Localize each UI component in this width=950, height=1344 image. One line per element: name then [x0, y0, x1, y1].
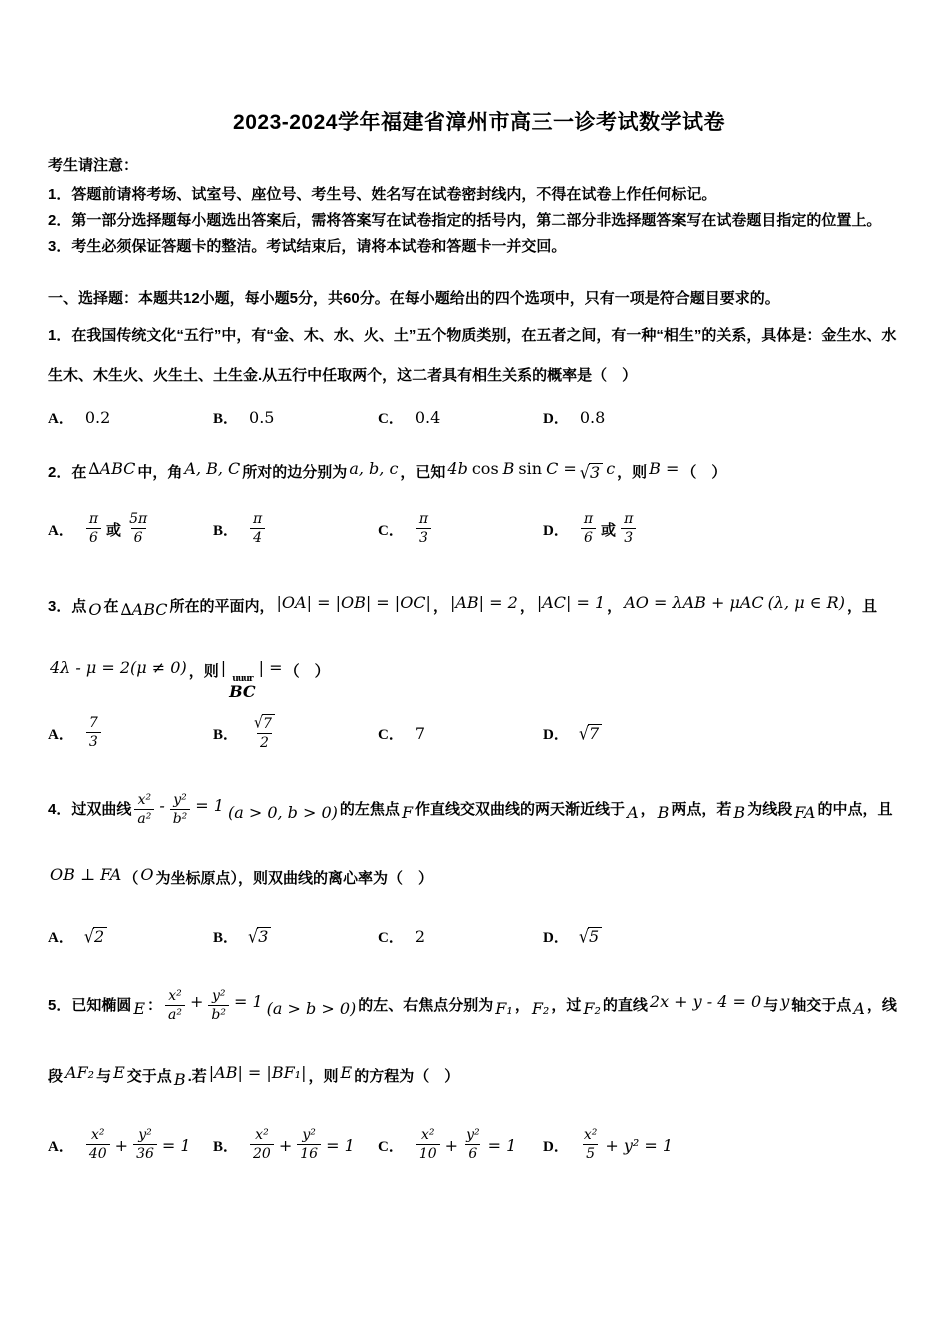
option-D: D．0.8 — [543, 407, 708, 428]
question-1: 1．在我国传统文化“五行”中，有“金、木、水、火、土”五个物质类别，在五者之间，… — [48, 316, 910, 436]
text-run: 的直线 — [603, 997, 648, 1014]
math-run: 0.5 — [247, 408, 276, 427]
radicand: 2 — [93, 927, 107, 946]
radicand: 7 — [588, 724, 602, 743]
option-C: C．π3 — [378, 511, 543, 547]
text-run: 1．在我国传统文化“五行”中，有“金、木、水、火、土”五个物质类别，在五者之间，… — [48, 327, 896, 384]
numerator: x² — [135, 792, 155, 809]
option-label: A． — [48, 407, 74, 428]
text-run: ，已知 — [400, 464, 445, 481]
numerator: y² — [299, 1127, 319, 1144]
math-run: 4 — [253, 530, 262, 547]
option-content: π6或5π6 — [83, 511, 153, 547]
denominator: 40 — [86, 1144, 110, 1163]
text-run: 所对的边分别为 — [242, 464, 347, 481]
option-A: A．x²40+y²36= 1 — [48, 1127, 213, 1163]
math-run: = 1 — [324, 1136, 357, 1155]
option-D: D．π6或π3 — [543, 511, 708, 547]
math-run: F₂ — [530, 999, 552, 1018]
math-run: π — [624, 511, 633, 528]
option-label: D． — [543, 723, 569, 744]
math-run: 5 — [586, 1146, 595, 1163]
text-run: 两点，若 — [671, 801, 731, 818]
fraction: π3 — [416, 511, 431, 547]
math-run: y² — [138, 1127, 152, 1144]
option-content: x²10+y²6= 1 — [413, 1127, 518, 1163]
denominator: a² — [165, 1005, 185, 1024]
math-run: π — [253, 511, 262, 528]
radical-sign: √ — [579, 722, 589, 743]
option-content: √3 — [247, 927, 272, 946]
math-run: A, B, C — [182, 459, 242, 478]
math-run: 7 — [589, 724, 599, 743]
numerator: π — [621, 511, 636, 528]
math-run: 6 — [584, 530, 593, 547]
notice-item-1: 1．答题前请将考场、试室号、座位号、考生号、姓名写在试卷密封线内，不得在试卷上作… — [48, 182, 910, 207]
fraction: π4 — [250, 511, 265, 547]
text-run: ，则 — [189, 663, 219, 680]
question-stem: 5．已知椭圆E：x²a²+y²b²= 1(a > b > 0)的左、右焦点分别为… — [48, 970, 910, 1112]
math-run: F — [400, 803, 415, 822]
math-run: | — [219, 658, 228, 677]
math-run: 4λ - μ = 2(μ ≠ 0) — [48, 658, 189, 677]
option-label: A． — [48, 519, 74, 540]
math-run: x² — [421, 1127, 435, 1144]
question-4: 4．过双曲线x²a²-y²b²= 1(a > 0, b > 0)的左焦点F作直线… — [48, 775, 910, 960]
text-run: ， — [520, 598, 535, 615]
math-run: x² — [138, 792, 152, 809]
math-run: 0.8 — [578, 408, 607, 427]
fraction: π6 — [86, 511, 101, 547]
math-run: 6 — [134, 530, 143, 547]
math-run: A — [625, 803, 641, 822]
notice-item-3: 3．考生必须保证答题卡的整洁。考试结束后，请将本试卷和答题卡一并交回。 — [48, 234, 910, 259]
math-run: A — [851, 999, 867, 1018]
math-run: π — [419, 511, 428, 528]
math-run: cos — [470, 459, 501, 478]
text-run: ， — [515, 997, 530, 1014]
math-run: π — [584, 511, 593, 528]
radical-sign: √ — [248, 925, 258, 946]
numerator: x² — [165, 988, 185, 1005]
text-run: （ ） — [681, 464, 726, 481]
text-run: 的方程为（ ） — [354, 1068, 459, 1085]
denominator: 16 — [297, 1144, 321, 1163]
fraction: x²20 — [250, 1127, 274, 1163]
text-run: ， — [433, 598, 448, 615]
text-run: 或 — [601, 519, 616, 540]
question-5: 5．已知椭圆E：x²a²+y²b²= 1(a > b > 0)的左、右焦点分别为… — [48, 970, 910, 1176]
math-run: 40 — [89, 1146, 107, 1163]
math-run: y² — [302, 1127, 316, 1144]
radicand: 5 — [588, 927, 602, 946]
numerator: y² — [170, 792, 190, 809]
math-run: 2x + y - 4 = 0 — [648, 992, 763, 1011]
page-title: 2023-2024学年福建省漳州市高三一诊考试数学试卷 — [48, 106, 910, 136]
option-content: 0.5 — [247, 408, 276, 427]
square-root: √7 — [254, 714, 275, 733]
option-label: A． — [48, 926, 74, 947]
math-run: B — [731, 803, 747, 822]
text-run: 4．过双曲线 — [48, 801, 131, 818]
denominator: 5 — [583, 1144, 598, 1163]
math-run: 20 — [253, 1146, 271, 1163]
text-run: 或 — [106, 519, 121, 540]
math-run: x² — [91, 1127, 105, 1144]
math-run: 7 — [413, 724, 427, 743]
text-run: 2．在 — [48, 464, 86, 481]
fraction: 73 — [86, 715, 101, 751]
radicand: 3 — [589, 463, 603, 482]
denominator: 20 — [250, 1144, 274, 1163]
option-content: √2 — [83, 927, 108, 946]
square-root: √2 — [84, 927, 107, 946]
question-stem: 4．过双曲线x²a²-y²b²= 1(a > 0, b > 0)的左焦点F作直线… — [48, 775, 910, 910]
section-heading: 一、选择题：本题共12小题，每小题5分，共60分。在每小题给出的四个选项中，只有… — [48, 288, 910, 310]
options-row: A．73B．√72C．7D．√7 — [48, 703, 910, 763]
exam-page: 2023-2024学年福建省漳州市高三一诊考试数学试卷 考生请注意： 1．答题前… — [0, 0, 950, 1176]
fraction: y²b² — [208, 988, 229, 1024]
options-row: A．√2B．√3C．2D．√5 — [48, 912, 910, 960]
math-run: | = — [257, 658, 285, 677]
math-run: = 1 — [160, 1136, 193, 1155]
math-run: = 1 — [232, 992, 265, 1011]
math-run: 7 — [89, 715, 98, 732]
numerator: π — [581, 511, 596, 528]
text-run: ， — [641, 801, 656, 818]
fraction: y²b² — [170, 792, 191, 828]
option-label: D． — [543, 1135, 569, 1156]
options-row: A．π6或5π6B．π4C．π3D．π6或π3 — [48, 498, 910, 560]
fraction: y²36 — [133, 1127, 157, 1163]
fraction: x²a² — [165, 988, 185, 1024]
math-run: 0.4 — [413, 408, 442, 427]
denominator: b² — [208, 1005, 229, 1024]
fraction: y²16 — [297, 1127, 321, 1163]
fraction: π3 — [621, 511, 636, 547]
math-run: B — [501, 459, 517, 478]
math-run: 7 — [263, 716, 272, 732]
text-run: 为坐标原点），则双曲线的离心率为（ ） — [156, 870, 434, 887]
radical-sign: √ — [579, 925, 589, 946]
option-label: D． — [543, 407, 569, 428]
math-run: 10 — [419, 1146, 437, 1163]
option-label: D． — [543, 519, 569, 540]
option-D: D．√7 — [543, 723, 708, 744]
math-run: b² — [173, 811, 188, 828]
question-stem: 3．点O在∆ABC所在的平面内，|OA| = |OB| = |OC|，|AB| … — [48, 574, 910, 701]
math-run: = 1 — [193, 796, 226, 815]
radicand: 7 — [262, 714, 275, 733]
math-run: = 1 — [486, 1136, 519, 1155]
math-run: y² — [173, 792, 187, 809]
text-run: 的中点，且 — [817, 801, 892, 818]
text-run: 交于点 — [127, 1068, 172, 1085]
denominator: 4 — [250, 528, 265, 547]
math-run: 5π — [129, 511, 147, 528]
option-C: C．0.4 — [378, 407, 543, 428]
math-run: a² — [168, 1007, 182, 1024]
math-run: (λ, μ ∈ R) — [766, 593, 847, 612]
denominator: 3 — [86, 732, 101, 751]
option-content: 0.4 — [413, 408, 442, 427]
math-run: 3 — [89, 734, 98, 751]
denominator: 36 — [133, 1144, 157, 1163]
text-run: 中，角 — [137, 464, 182, 481]
math-run: y — [778, 992, 791, 1011]
question-2: 2．在∆ABC中，角A, B, C所对的边分别为a, b, c，已知4bcosB… — [48, 446, 910, 560]
option-label: B． — [213, 926, 238, 947]
fraction: x²40 — [86, 1127, 110, 1163]
math-run: ∆ABC — [86, 459, 137, 478]
text-run: 为线段 — [747, 801, 792, 818]
math-run: x² — [168, 988, 182, 1005]
math-run: a, b, c — [347, 459, 400, 478]
denominator: 10 — [416, 1144, 440, 1163]
math-run: sin — [516, 459, 544, 478]
text-run: 作直线交双曲线的两天渐近线于 — [415, 801, 625, 818]
option-label: C． — [378, 926, 404, 947]
math-run: (a > 0, b > 0) — [226, 803, 340, 822]
math-run: b² — [211, 1007, 226, 1024]
option-B: B．√3 — [213, 926, 378, 947]
denominator: 3 — [621, 528, 636, 547]
math-run: 16 — [300, 1146, 318, 1163]
math-run: ∆ABC — [118, 600, 169, 619]
numerator: √7 — [250, 714, 279, 733]
notice-item-2: 2．第一部分选择题每小题选出答案后，需将答案写在试卷指定的括号内，第二部分非选择… — [48, 208, 910, 233]
math-run: |AB| = |BF₁| — [207, 1063, 309, 1082]
fraction: 5π6 — [126, 511, 150, 547]
math-run: a² — [137, 811, 151, 828]
radical-sign: √ — [580, 462, 590, 483]
math-run: 36 — [136, 1146, 154, 1163]
notice-heading: 考生请注意： — [48, 154, 910, 175]
numerator: y² — [135, 1127, 155, 1144]
denominator: 6 — [131, 528, 146, 547]
text-run: 5．已知椭圆 — [48, 997, 131, 1014]
numerator: x² — [581, 1127, 601, 1144]
fraction: y²6 — [463, 1127, 483, 1163]
numerator: x² — [252, 1127, 272, 1144]
math-run: + — [443, 1136, 460, 1155]
math-run: (a > b > 0) — [265, 999, 359, 1018]
math-run: π — [89, 511, 98, 528]
numerator: y² — [463, 1127, 483, 1144]
numerator: π — [250, 511, 265, 528]
text-run: 的左、右焦点分别为 — [358, 997, 493, 1014]
option-content: √5 — [578, 927, 603, 946]
option-label: C． — [378, 407, 404, 428]
denominator: 6 — [581, 528, 596, 547]
math-run: |AB| = 2 — [448, 593, 520, 612]
option-label: B． — [213, 723, 238, 744]
math-run: F₂ — [581, 999, 603, 1018]
radical-sign: √ — [84, 925, 94, 946]
math-run: FA — [792, 803, 817, 822]
option-content: 0.8 — [578, 408, 607, 427]
option-C: C．2 — [378, 926, 543, 947]
math-run: 2 — [260, 735, 269, 752]
square-root: √3 — [248, 927, 271, 946]
option-content: 0.2 — [83, 408, 112, 427]
option-content: 73 — [83, 715, 104, 751]
math-run: x² — [584, 1127, 598, 1144]
text-run: ，则 — [617, 464, 647, 481]
option-content: π6或π3 — [578, 511, 639, 547]
text-run: ： — [147, 997, 162, 1014]
math-run: 3 — [258, 927, 268, 946]
math-run: 3 — [419, 530, 428, 547]
math-run: 2 — [413, 927, 427, 946]
denominator: 6 — [465, 1144, 480, 1163]
denominator: 2 — [257, 733, 272, 752]
math-run: B — [656, 803, 672, 822]
option-content: 2 — [413, 927, 427, 946]
text-run: ，过 — [551, 997, 581, 1014]
fraction: x²10 — [416, 1127, 440, 1163]
math-run: 0.2 — [83, 408, 112, 427]
option-content: √72 — [247, 714, 282, 752]
text-run: 与 — [763, 997, 778, 1014]
radicand: 3 — [257, 927, 271, 946]
fraction: π6 — [581, 511, 596, 547]
option-A: A．73 — [48, 715, 213, 751]
math-run: E — [131, 999, 147, 1018]
option-label: C． — [378, 519, 404, 540]
numerator: 5π — [126, 511, 150, 528]
text-run: ， — [607, 598, 622, 615]
option-content: 7 — [413, 724, 427, 743]
option-B: B．x²20+y²16= 1 — [213, 1127, 378, 1163]
option-A: A．π6或5π6 — [48, 511, 213, 547]
text-run: 3．点 — [48, 598, 86, 615]
text-run: 的左焦点 — [340, 801, 400, 818]
math-run: + y² = 1 — [603, 1136, 675, 1155]
question-stem: 1．在我国传统文化“五行”中，有“金、木、水、火、土”五个物质类别，在五者之间，… — [48, 316, 910, 396]
square-root: √7 — [579, 724, 602, 743]
math-run: - — [157, 796, 166, 815]
text-run: （ ） — [285, 663, 330, 680]
math-run: 2 — [94, 927, 104, 946]
numerator: x² — [418, 1127, 438, 1144]
question-3: 3．点O在∆ABC所在的平面内，|OA| = |OB| = |OC|，|AB| … — [48, 574, 910, 763]
math-run: O — [138, 865, 155, 884]
option-D: D．x²5+ y² = 1 — [543, 1127, 708, 1163]
math-run: E — [339, 1063, 355, 1082]
math-run: |AC| = 1 — [535, 593, 607, 612]
math-run: AF₂ — [63, 1063, 96, 1082]
numerator: y² — [209, 988, 229, 1005]
math-run: c — [604, 459, 617, 478]
denominator: 6 — [86, 528, 101, 547]
denominator: a² — [134, 809, 154, 828]
numerator: π — [416, 511, 431, 528]
option-content: x²5+ y² = 1 — [578, 1127, 675, 1163]
numerator: 7 — [86, 715, 101, 732]
numerator: x² — [88, 1127, 108, 1144]
option-A: A．0.2 — [48, 407, 213, 428]
fraction: x²5 — [581, 1127, 601, 1163]
math-run: + — [277, 1136, 294, 1155]
square-root: √3 — [580, 463, 603, 482]
text-run: 在 — [103, 598, 118, 615]
option-label: B． — [213, 407, 238, 428]
math-run: y² — [466, 1127, 480, 1144]
option-B: B．0.5 — [213, 407, 378, 428]
math-run: F₁ — [493, 999, 515, 1018]
math-run: 6 — [89, 530, 98, 547]
math-run: |OA| = |OB| = |OC| — [275, 593, 433, 612]
option-label: D． — [543, 926, 569, 947]
text-run: 与 — [96, 1068, 111, 1085]
option-C: C．7 — [378, 723, 543, 744]
option-content: x²40+y²36= 1 — [83, 1127, 193, 1163]
math-run: AO = λAB + μAC — [622, 593, 765, 612]
questions-container: 1．在我国传统文化“五行”中，有“金、木、水、火、土”五个物质类别，在五者之间，… — [48, 316, 910, 1176]
math-run: B = — [647, 459, 681, 478]
option-content: π3 — [413, 511, 434, 547]
option-content: √7 — [578, 724, 603, 743]
option-label: A． — [48, 723, 74, 744]
square-root: √5 — [579, 927, 602, 946]
option-content: π4 — [247, 511, 268, 547]
vector-base: BC — [229, 683, 256, 700]
math-run: + — [188, 992, 205, 1011]
math-run: OB ⊥ FA — [48, 865, 123, 884]
math-run: y² — [212, 988, 226, 1005]
option-label: C． — [378, 723, 404, 744]
option-label: B． — [213, 519, 238, 540]
option-B: B．π4 — [213, 511, 378, 547]
options-row: A．0.2B．0.5C．0.4D．0.8 — [48, 398, 910, 436]
math-run: B — [172, 1070, 188, 1089]
text-run: 轴交于点 — [791, 997, 851, 1014]
option-B: B．√72 — [213, 714, 378, 752]
text-run: .若 — [188, 1068, 207, 1085]
math-run: 6 — [468, 1146, 477, 1163]
math-run: x² — [255, 1127, 269, 1144]
math-run: 3 — [624, 530, 633, 547]
option-label: A． — [48, 1135, 74, 1156]
math-run: C = — [544, 459, 579, 478]
option-content: x²20+y²16= 1 — [247, 1127, 357, 1163]
option-C: C．x²10+y²6= 1 — [378, 1127, 543, 1163]
math-run: E — [111, 1063, 127, 1082]
text-run: （ — [123, 870, 138, 887]
fraction: √72 — [250, 714, 279, 752]
math-run: 3 — [590, 463, 600, 482]
numerator: π — [86, 511, 101, 528]
options-row: A．x²40+y²36= 1B．x²20+y²16= 1C．x²10+y²6= … — [48, 1114, 910, 1176]
option-label: C． — [378, 1135, 404, 1156]
radical-sign: √ — [254, 713, 263, 734]
denominator: 3 — [416, 528, 431, 547]
option-A: A．√2 — [48, 926, 213, 947]
math-run: + — [113, 1136, 130, 1155]
text-run: ，且 — [847, 598, 877, 615]
question-stem: 2．在∆ABC中，角A, B, C所对的边分别为a, b, c，已知4bcosB… — [48, 446, 910, 496]
math-run: 5 — [589, 927, 599, 946]
denominator: b² — [170, 809, 191, 828]
option-D: D．√5 — [543, 926, 708, 947]
fraction: x²a² — [134, 792, 154, 828]
math-run: 4b — [445, 459, 469, 478]
text-run: ，则 — [308, 1068, 338, 1085]
option-label: B． — [213, 1135, 238, 1156]
vector-overarrow: uuurBC — [229, 675, 256, 700]
text-run: 所在的平面内， — [170, 598, 275, 615]
